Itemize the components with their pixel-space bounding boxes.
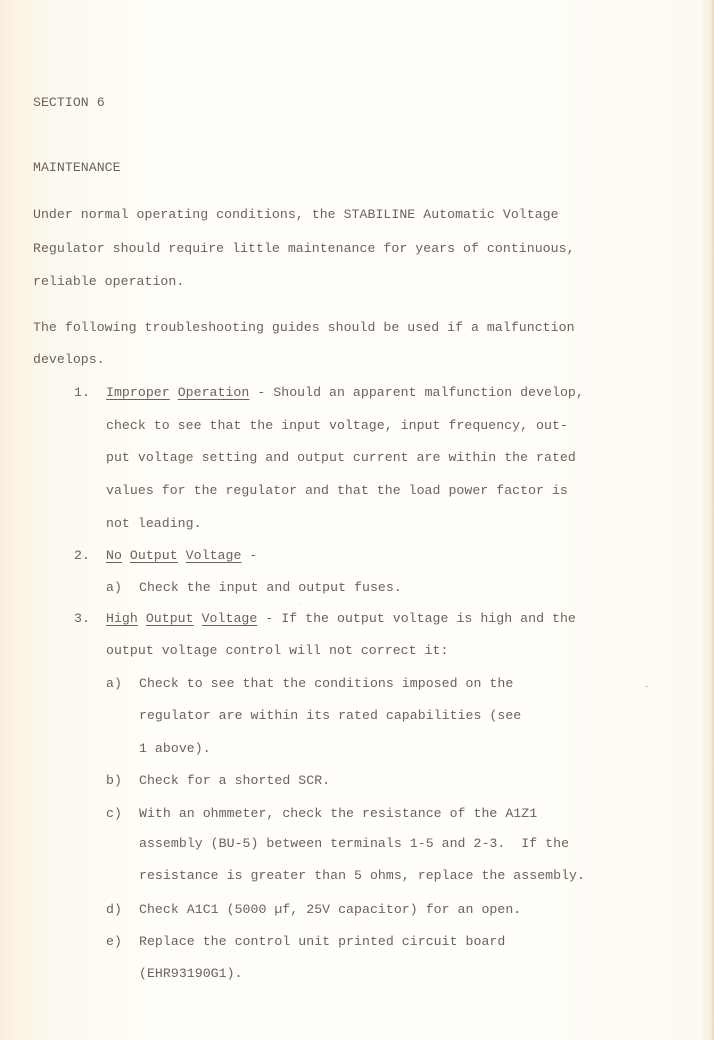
item-continuation-line: check to see that the input voltage, inp…	[106, 418, 568, 434]
lead-in-line: develops.	[33, 352, 105, 368]
item-continuation-line: values for the regulator and that the lo…	[106, 483, 568, 499]
subitem-letter: e)	[106, 934, 122, 950]
item-continuation-line: output voltage control will not correct …	[106, 643, 448, 659]
scan-speck	[300, 604, 302, 605]
item-number: 2.	[74, 548, 90, 564]
intro-line: Regulator should require little maintena…	[33, 241, 575, 257]
item-heading-word: Voltage	[202, 611, 258, 626]
subitem-line: regulator are within its rated capabilit…	[139, 708, 521, 724]
item-continuation-line: put voltage setting and output current a…	[106, 450, 576, 466]
item-first-line: No Output Voltage -	[106, 548, 257, 564]
subitem-letter: b)	[106, 773, 122, 789]
subitem-line: Check to see that the conditions imposed…	[139, 676, 513, 692]
subitem-line: With an ohmmeter, check the resistance o…	[139, 806, 537, 822]
subitem-line: (EHR93190G1).	[139, 966, 243, 982]
subitem-line: 1 above).	[139, 741, 211, 757]
item-first-line: Improper Operation - Should an apparent …	[106, 385, 584, 401]
intro-line: reliable operation.	[33, 274, 184, 290]
subitem-line: Check A1C1 (5000 µf, 25V capacitor) for …	[139, 902, 521, 918]
subitem-letter: a)	[106, 580, 122, 596]
item-heading-word: No	[106, 548, 122, 563]
subitem-line: resistance is greater than 5 ohms, repla…	[139, 868, 585, 884]
subitem-line: Check the input and output fuses.	[139, 580, 402, 596]
subitem-letter: a)	[106, 676, 122, 692]
item-number: 3.	[74, 611, 90, 627]
item-first-line-rest: -	[241, 548, 257, 563]
item-heading-word: Output	[130, 548, 178, 563]
scan-speck	[646, 686, 648, 687]
item-heading-word: Output	[146, 611, 194, 626]
subitem-letter: d)	[106, 902, 122, 918]
document-title: MAINTENANCE	[33, 160, 121, 176]
subitem-line: Replace the control unit printed circuit…	[139, 934, 505, 950]
item-heading-word: Voltage	[186, 548, 242, 563]
item-first-line: High Output Voltage - If the output volt…	[106, 611, 576, 627]
scanned-document-page: SECTION 6 MAINTENANCE Under normal opera…	[0, 0, 714, 1040]
item-continuation-line: not leading.	[106, 516, 202, 532]
item-first-line-rest: - Should an apparent malfunction develop…	[249, 385, 583, 400]
item-number: 1.	[74, 385, 90, 401]
item-heading-word: Improper	[106, 385, 170, 400]
item-heading-word: Operation	[178, 385, 250, 400]
item-heading-word: High	[106, 611, 138, 626]
subitem-line: Check for a shorted SCR.	[139, 773, 330, 789]
section-heading: SECTION 6	[33, 95, 105, 111]
item-first-line-rest: - If the output voltage is high and the	[257, 611, 576, 626]
lead-in-line: The following troubleshooting guides sho…	[33, 320, 575, 336]
subitem-line: assembly (BU-5) between terminals 1-5 an…	[139, 836, 569, 852]
intro-line: Under normal operating conditions, the S…	[33, 207, 559, 223]
subitem-letter: c)	[106, 806, 122, 822]
